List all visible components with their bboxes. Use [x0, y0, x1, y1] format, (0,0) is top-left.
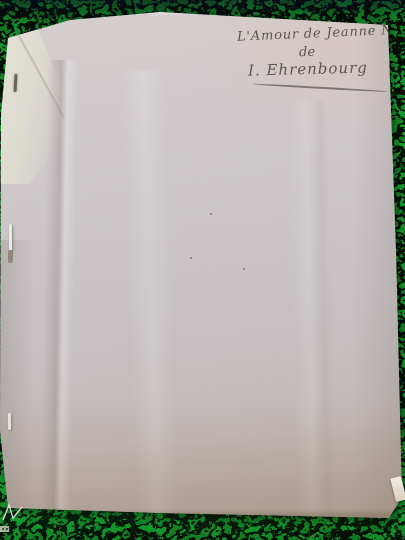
binding-fastener-middle-shadow: [8, 250, 13, 263]
paper-grain-texture: [0, 0, 405, 540]
paper-speck: [210, 213, 212, 215]
handwritten-author-line: I. Ehrenbourg: [248, 58, 368, 79]
paper-speck: [190, 257, 192, 259]
paper-top-edge-highlight: [0, 10, 405, 14]
paper-speck: [243, 268, 245, 270]
handwritten-title-line2: de: [299, 45, 316, 61]
binding-fastener-middle: [9, 224, 12, 252]
photo-of-manuscript-cover: L'Amour de Jeanne Ney de I. Ehrenbourg: [0, 0, 405, 540]
paper-shadow-wrap: L'Amour de Jeanne Ney de I. Ehrenbourg: [0, 0, 405, 540]
paper-cover-page: L'Amour de Jeanne Ney de I. Ehrenbourg: [0, 0, 405, 540]
binding-staple-bottom: [8, 413, 11, 430]
board-scratch-marks: [0, 498, 34, 536]
